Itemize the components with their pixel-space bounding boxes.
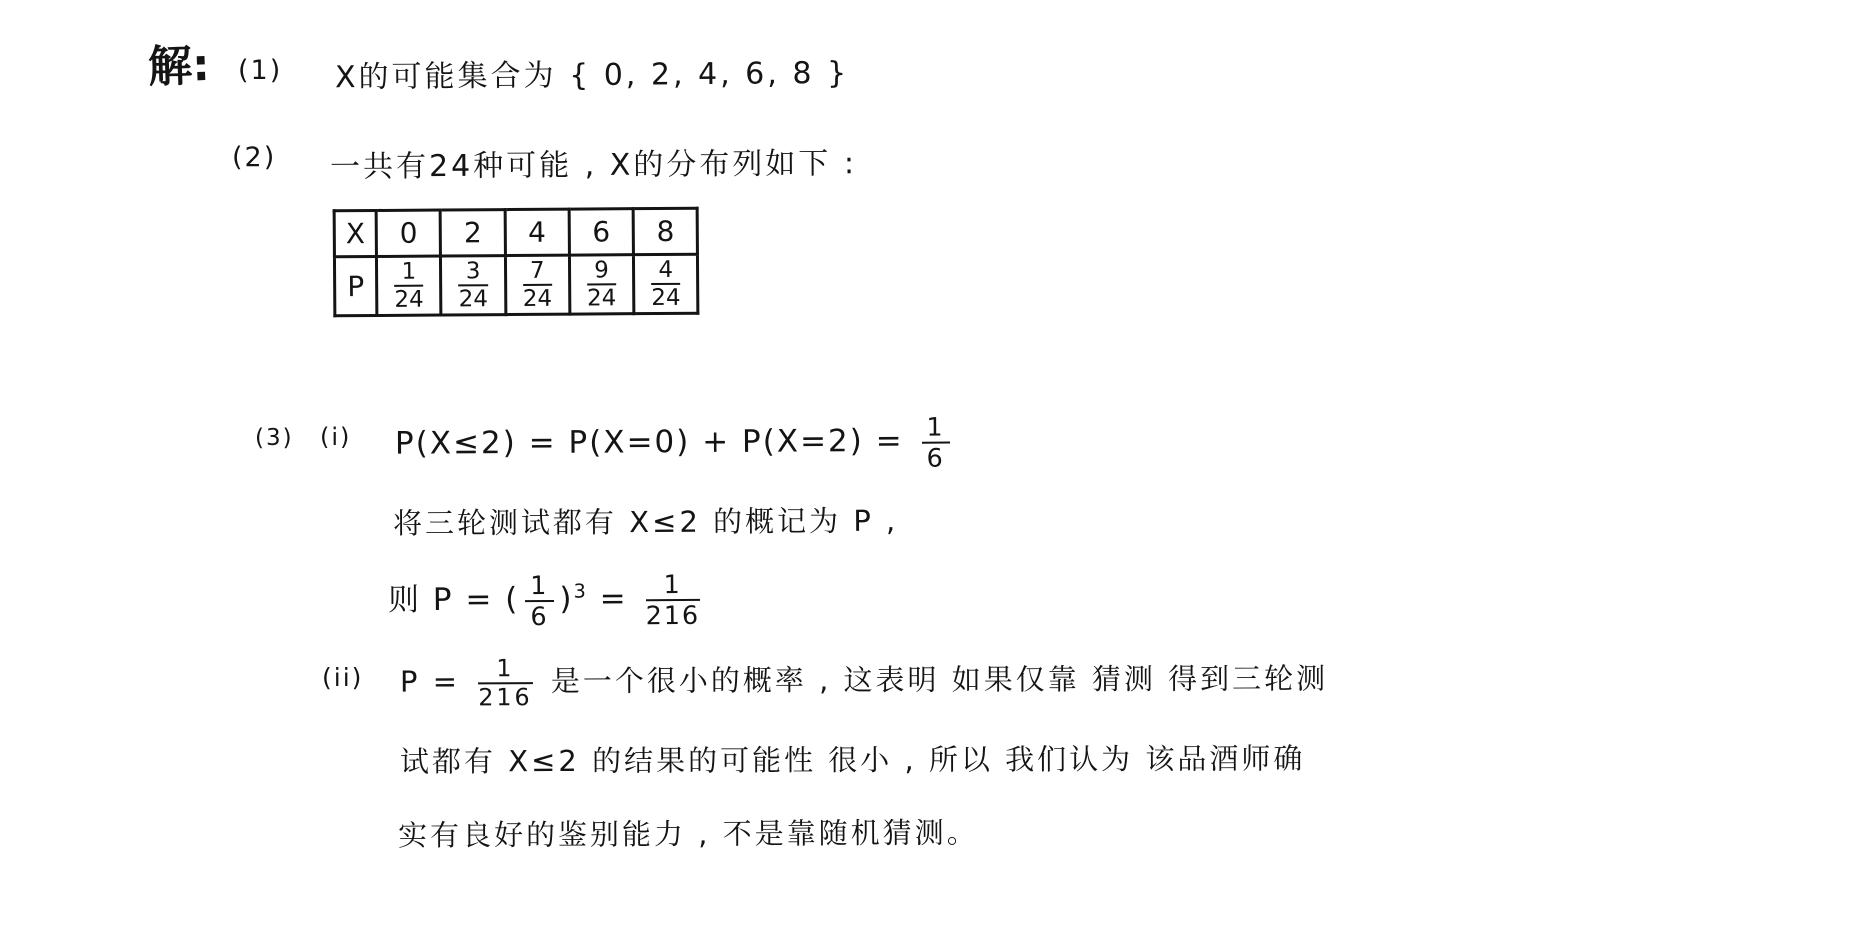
table-p-value: 324: [441, 256, 506, 316]
solution-prefix: 解:: [147, 29, 211, 95]
fraction: 16: [525, 572, 554, 630]
part1-text: X的可能集合为 { 0, 2, 4, 6, 8 }: [335, 48, 849, 96]
fraction: 324: [458, 259, 488, 311]
part3-i-label: (i): [320, 423, 351, 451]
part3-i-equation: P(X≤2) = P(X=0) + P(X=2) = 16: [395, 414, 956, 474]
table-x-value: 6: [569, 209, 634, 255]
table-row-p: P 124 324 724 924 424: [334, 254, 698, 316]
table-p-value: 724: [505, 255, 570, 315]
part1-label: (1): [238, 55, 282, 86]
part2-text: 一共有24种可能 , X的分布列如下 :: [330, 138, 857, 186]
table-x-value: 4: [505, 209, 570, 255]
part3-ii-line1: P = 1216 是一个很小的概率 , 这表明 如果仅靠 猜测 得到三轮测: [400, 653, 1328, 710]
part3-ii-line2: 试都有 X≤2 的结果的可能性 很小 , 所以 我们认为 该品酒师确: [400, 736, 1306, 780]
fraction: 424: [651, 258, 681, 310]
fraction: 724: [523, 259, 553, 311]
part3-i-then-equation: 则 P = (16)3 = 1216: [388, 571, 706, 631]
table-p-value: 124: [377, 256, 442, 316]
exponent: 3: [573, 580, 587, 603]
fraction: 924: [587, 258, 617, 310]
part2-label: (2): [232, 142, 276, 173]
table-x-value: 2: [441, 210, 506, 256]
part3-ii-label: (ii): [322, 663, 363, 692]
p-prefix: P =: [400, 664, 460, 698]
fraction: 1216: [645, 571, 700, 629]
fraction: 1216: [478, 656, 533, 710]
then-prefix: 则 P = (: [388, 581, 520, 618]
distribution-table: X 0 2 4 6 8 P 124 324 724 924 424: [333, 207, 700, 318]
part3-ii-line3: 实有良好的鉴别能力 , 不是靠随机猜测。: [398, 810, 979, 854]
conclusion-text-1: 是一个很小的概率 , 这表明 如果仅靠 猜测 得到三轮测: [551, 661, 1328, 698]
part3-label: (3): [255, 425, 294, 451]
table-p-value: 924: [569, 255, 634, 315]
part3-i-note: 将三轮测试都有 X≤2 的概记为 P ,: [393, 499, 898, 543]
table-var-label: X: [334, 210, 377, 256]
handwritten-solution-page: 解: (1) X的可能集合为 { 0, 2, 4, 6, 8 } (2) 一共有…: [0, 0, 1853, 941]
table-row-x: X 0 2 4 6 8: [334, 208, 698, 257]
then-equals: =: [600, 581, 628, 617]
equation-body: P(X≤2) = P(X=0) + P(X=2) =: [395, 423, 904, 462]
fraction: 124: [394, 260, 424, 312]
table-prob-label: P: [334, 256, 377, 315]
then-close-paren: ): [559, 581, 573, 617]
fraction: 16: [921, 414, 949, 472]
table-x-value: 8: [633, 208, 698, 254]
table-p-value: 424: [634, 254, 699, 314]
table-x-value: 0: [376, 210, 441, 256]
